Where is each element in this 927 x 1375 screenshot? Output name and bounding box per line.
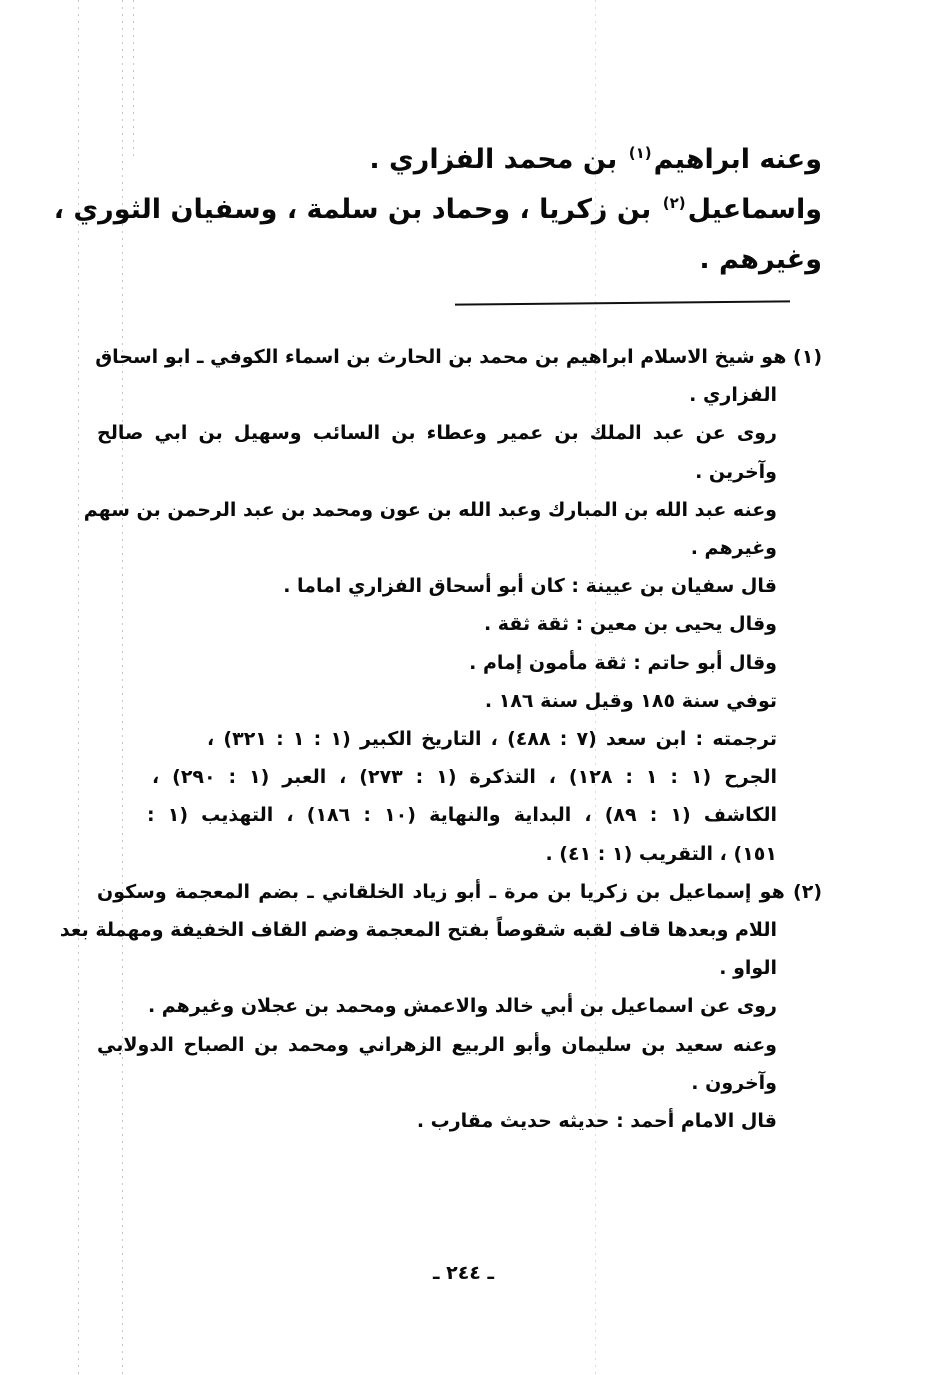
footnote-line: وآخرين . xyxy=(97,453,822,491)
footnote-line: ١٥١) ، التقريب (١ : ٤١) . xyxy=(97,835,822,873)
page-number: ـ ٢٤٤ ـ xyxy=(0,1262,927,1284)
main-line-text: واسماعيل xyxy=(688,194,822,225)
footnote-line: الجرح (١ : ١ : ١٢٨) ، التذكرة (١ : ٢٧٣) … xyxy=(97,758,822,796)
footnote-line: وقال يحيى بن معين : ثقة ثقة . xyxy=(97,605,822,643)
footnotes: (١) هو شيخ الاسلام ابراهيم بن محمد بن ال… xyxy=(97,338,822,1140)
footnote-2: (٢) هو إسماعيل بن زكريا بن مرة ـ أبو زيا… xyxy=(97,873,822,1140)
footnote-line: قال الامام أحمد : حديثه حديث مقارب . xyxy=(97,1102,822,1140)
footnote-line: وغيرهم . xyxy=(97,529,822,567)
footnote-line: وآخرون . xyxy=(97,1064,822,1102)
footnote-line: قال سفيان بن عيينة : كان أبو أسحاق الفزا… xyxy=(97,567,822,605)
footnote-line: (١) هو شيخ الاسلام ابراهيم بن محمد بن ال… xyxy=(97,338,822,376)
footnote-line: وعنه سعيد بن سليمان وأبو الربيع الزهراني… xyxy=(97,1026,822,1064)
main-line: واسماعيل(٢) بن زكريا ، وحماد بن سلمة ، و… xyxy=(122,185,822,235)
footnote-line: روى عن عبد الملك بن عمير وعطاء بن السائب… xyxy=(97,414,822,452)
footnote-separator xyxy=(455,300,790,305)
footnote-line: وقال أبو حاتم : ثقة مأمون إمام . xyxy=(97,644,822,682)
book-page: وعنه ابراهيم(١) بن محمد الفزاري . واسماع… xyxy=(0,0,927,1375)
footnote-marker[interactable]: (٢) xyxy=(661,194,688,212)
footnote-1: (١) هو شيخ الاسلام ابراهيم بن محمد بن ال… xyxy=(97,338,822,873)
main-line: وغيرهم . xyxy=(122,235,822,285)
footnote-line: روى عن اسماعيل بن أبي خالد والاعمش ومحمد… xyxy=(97,987,822,1025)
main-line-text: بن محمد الفزاري . xyxy=(369,144,617,175)
footnote-marker[interactable]: (١) xyxy=(627,144,654,162)
footnote-line: الفزاري . xyxy=(97,376,822,414)
footnote-line: ترجمته : ابن سعد (٧ : ٤٨٨) ، التاريخ الك… xyxy=(97,720,822,758)
main-line-text: وعنه ابراهيم xyxy=(654,144,822,175)
main-text: وعنه ابراهيم(١) بن محمد الفزاري . واسماع… xyxy=(122,135,822,285)
main-line: وعنه ابراهيم(١) بن محمد الفزاري . xyxy=(122,135,822,185)
footnote-line: الواو . xyxy=(97,949,822,987)
footnote-line: توفي سنة ١٨٥ وقيل سنة ١٨٦ . xyxy=(97,682,822,720)
footnote-line: وعنه عبد الله بن المبارك وعبد الله بن عو… xyxy=(97,491,822,529)
footnote-line: (٢) هو إسماعيل بن زكريا بن مرة ـ أبو زيا… xyxy=(97,873,822,911)
main-line-text: بن زكريا ، وحماد بن سلمة ، وسفيان الثوري… xyxy=(54,194,652,225)
footnote-line: اللام وبعدها قاف لقبه شقوصاً بفتح المعجم… xyxy=(97,911,822,949)
footnote-line: الكاشف (١ : ٨٩) ، البداية والنهاية (١٠ :… xyxy=(97,796,822,834)
main-line-text: وغيرهم . xyxy=(699,244,822,275)
